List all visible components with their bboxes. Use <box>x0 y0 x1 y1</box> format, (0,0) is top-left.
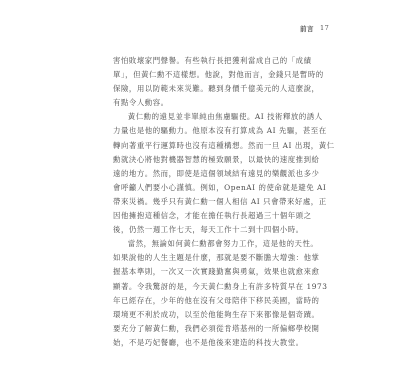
text-line: 遠的地方。然而，即使是這個領域結有遠見的樂觀派也多少 <box>113 167 347 181</box>
text-line: 轉向著重平行運算時也沒有這種構想。然而一旦 AI 出現，黃仁 <box>113 139 347 153</box>
text-line: 害怕敗壞家門聲譽。有些執行長把獲利當成自己的「成績 <box>113 54 347 68</box>
text-line: 始，不是巧妃餐廳，也不是他後來建造的科技大教堂。 <box>113 336 347 350</box>
text-line: 後，仍然一週工作七天，每天工作十二到十四個小時。 <box>113 223 347 237</box>
text-line: 環境更不利於成功，以至於他能夠生存下來都像是個奇蹟。 <box>113 308 347 322</box>
book-page: 前言 17 害怕敗壞家門聲譽。有些執行長把獲利當成自己的「成績 單」，但黃仁勳不… <box>0 0 416 387</box>
text-line: 黃仁勳的遠見並非單純由焦慮驅使。AI 技術釋放的誘人 <box>113 110 347 124</box>
section-title: 前言 <box>300 24 314 33</box>
text-line: 顯著。令我驚訝的是，今天黃仁勳身上有許多特質早在 1973 <box>113 280 347 294</box>
text-line: 握基本準則，一次又一次實踐勤奮與勇氣，效果也就愈來愈 <box>113 265 347 279</box>
page-number: 17 <box>320 24 329 33</box>
text-line: 力量也是他的驅動力。他原本沒有打算成為 AI 先驅，甚至在 <box>113 124 347 138</box>
text-line: 年已經存在，少年的他在沒有父母陪伴下移民美國，當時的 <box>113 294 347 308</box>
text-line: 有點令人動容。 <box>113 96 347 110</box>
text-line: 單」，但黃仁勳不這樣想。他說，對他而言，金錢只是暫時的 <box>113 68 347 82</box>
paragraph-2: 黃仁勳的遠見並非單純由焦慮驅使。AI 技術釋放的誘人 力量也是他的驅動力。他原本… <box>113 110 347 237</box>
paragraph-3: 當然，無論如何黃仁勳都會努力工作，這是他的天性。 如果說他的人生主題是什麼，那就… <box>113 237 347 350</box>
text-line: 帶來災禍。幾乎只有黃仁勳一個人相信 AI 只會帶來好處，正 <box>113 195 347 209</box>
text-line: 如果說他的人生主題是什麼，那就是要不斷膽大增強：他掌 <box>113 251 347 265</box>
text-line: 要充分了解黃仁勳，我們必須從肯塔基州的一所偏鄉學校開 <box>113 322 347 336</box>
text-line: 會呼籲人們要小心謹慎。例如，OpenAI 的使命就是避免 AI <box>113 181 347 195</box>
running-header: 前言 17 <box>300 24 329 33</box>
text-line: 當然，無論如何黃仁勳都會努力工作，這是他的天性。 <box>113 237 347 251</box>
text-line: 勳就決心將他對機器智慧的極致願景，以最快的速度推到給 <box>113 153 347 167</box>
text-line: 因他擁抱這種信念，才能在擔任執行長超過三十個年頭之 <box>113 209 347 223</box>
paragraph-1: 害怕敗壞家門聲譽。有些執行長把獲利當成自己的「成績 單」，但黃仁勳不這樣想。他說… <box>113 54 347 110</box>
body-text: 害怕敗壞家門聲譽。有些執行長把獲利當成自己的「成績 單」，但黃仁勳不這樣想。他說… <box>113 54 347 350</box>
text-line: 保險，用以防範未來災難。聽到身價千億美元的人這麼說， <box>113 82 347 96</box>
